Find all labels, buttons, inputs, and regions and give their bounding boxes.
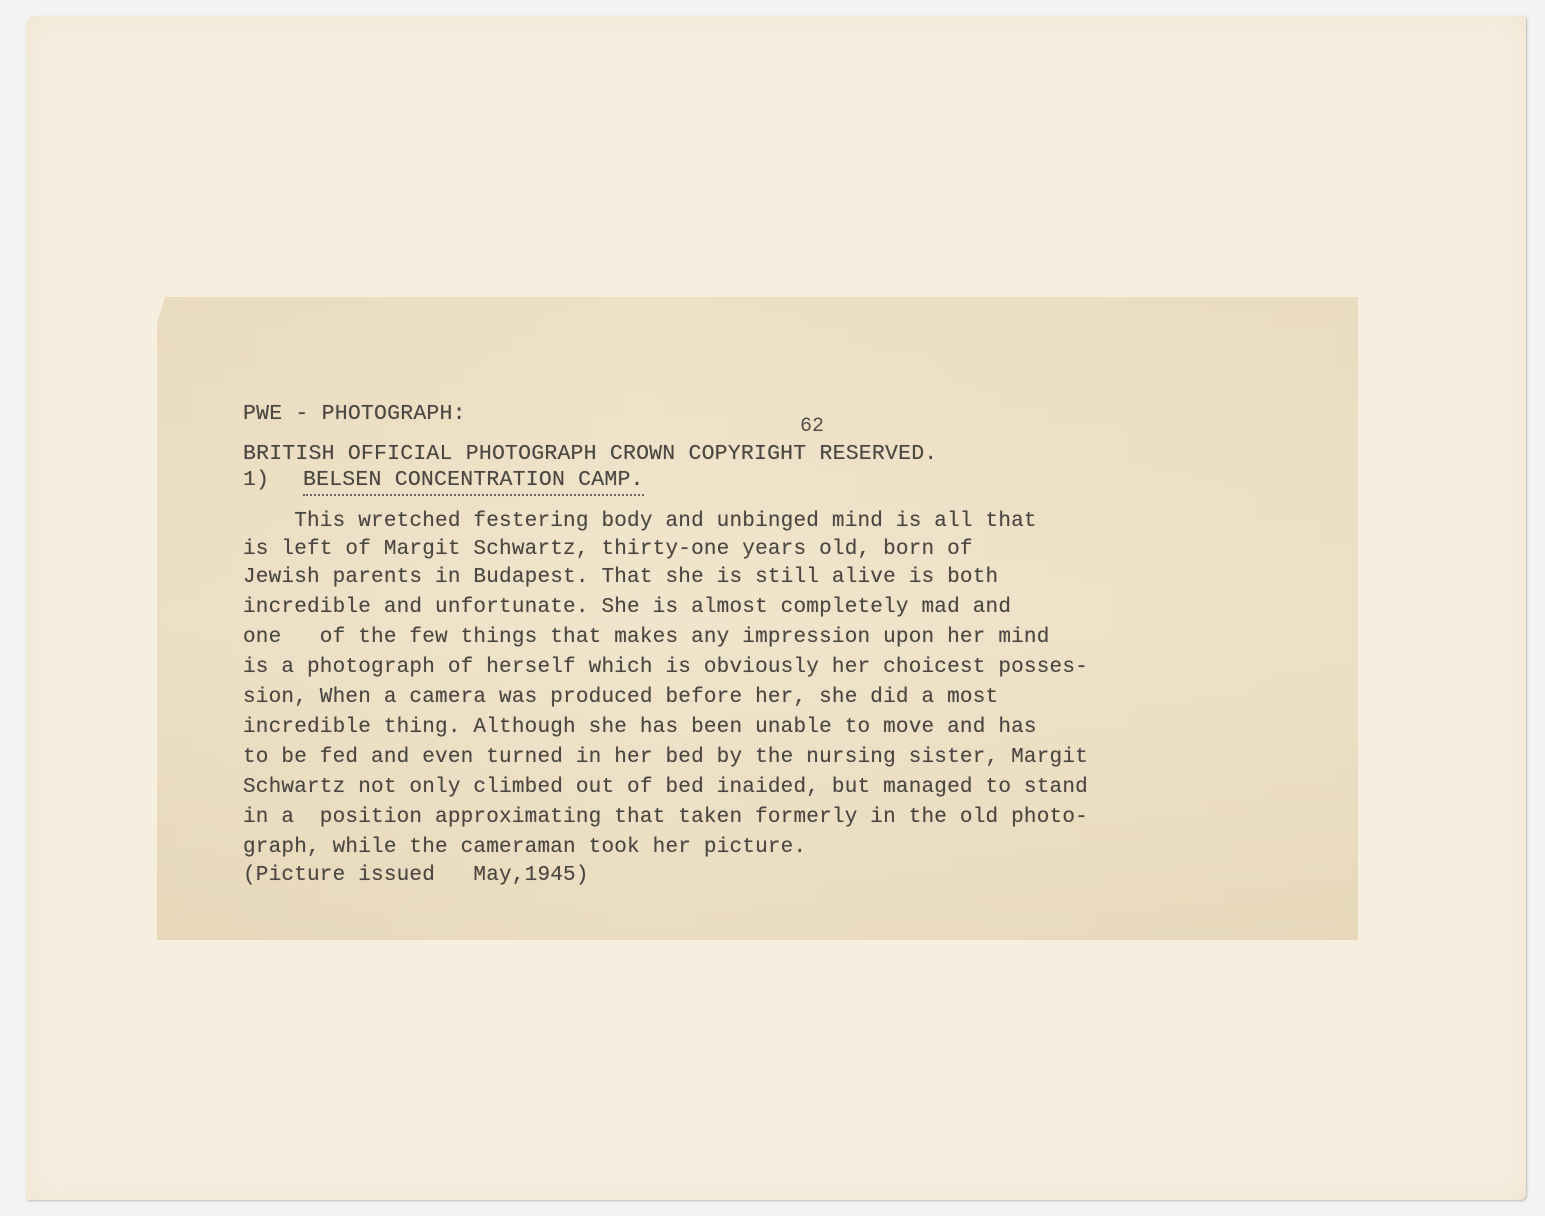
issued-date-note: (Picture issued May,1945)	[243, 864, 589, 887]
body-line: This wretched festering body and unbinge…	[243, 510, 1037, 533]
photo-number: 62	[800, 415, 824, 438]
body-line: to be fed and even turned in her bed by …	[243, 746, 1088, 769]
body-line: incredible thing. Although she has been …	[243, 716, 1037, 739]
item-index: 1)	[243, 468, 269, 492]
item-title-text: BELSEN CONCENTRATION CAMP.	[303, 468, 644, 496]
body-line: Schwartz not only climbed out of bed ina…	[243, 776, 1088, 799]
body-line: graph, while the cameraman took her pict…	[243, 836, 806, 859]
body-line: is a photograph of herself which is obvi…	[243, 656, 1088, 679]
body-line: sion, When a camera was produced before …	[243, 686, 998, 709]
body-line: incredible and unfortunate. She is almos…	[243, 596, 1011, 619]
body-line: is left of Margit Schwartz, thirty-one y…	[243, 538, 973, 561]
body-line: Jewish parents in Budapest. That she is …	[243, 566, 998, 589]
item-title: BELSEN CONCENTRATION CAMP.	[303, 468, 644, 492]
body-line: in a position approximating that taken f…	[243, 806, 1088, 829]
copyright-line: BRITISH OFFICIAL PHOTOGRAPH CROWN COPYRI…	[243, 442, 937, 466]
source-line: PWE - PHOTOGRAPH:	[243, 402, 466, 426]
body-line: one of the few things that makes any imp…	[243, 626, 1050, 649]
